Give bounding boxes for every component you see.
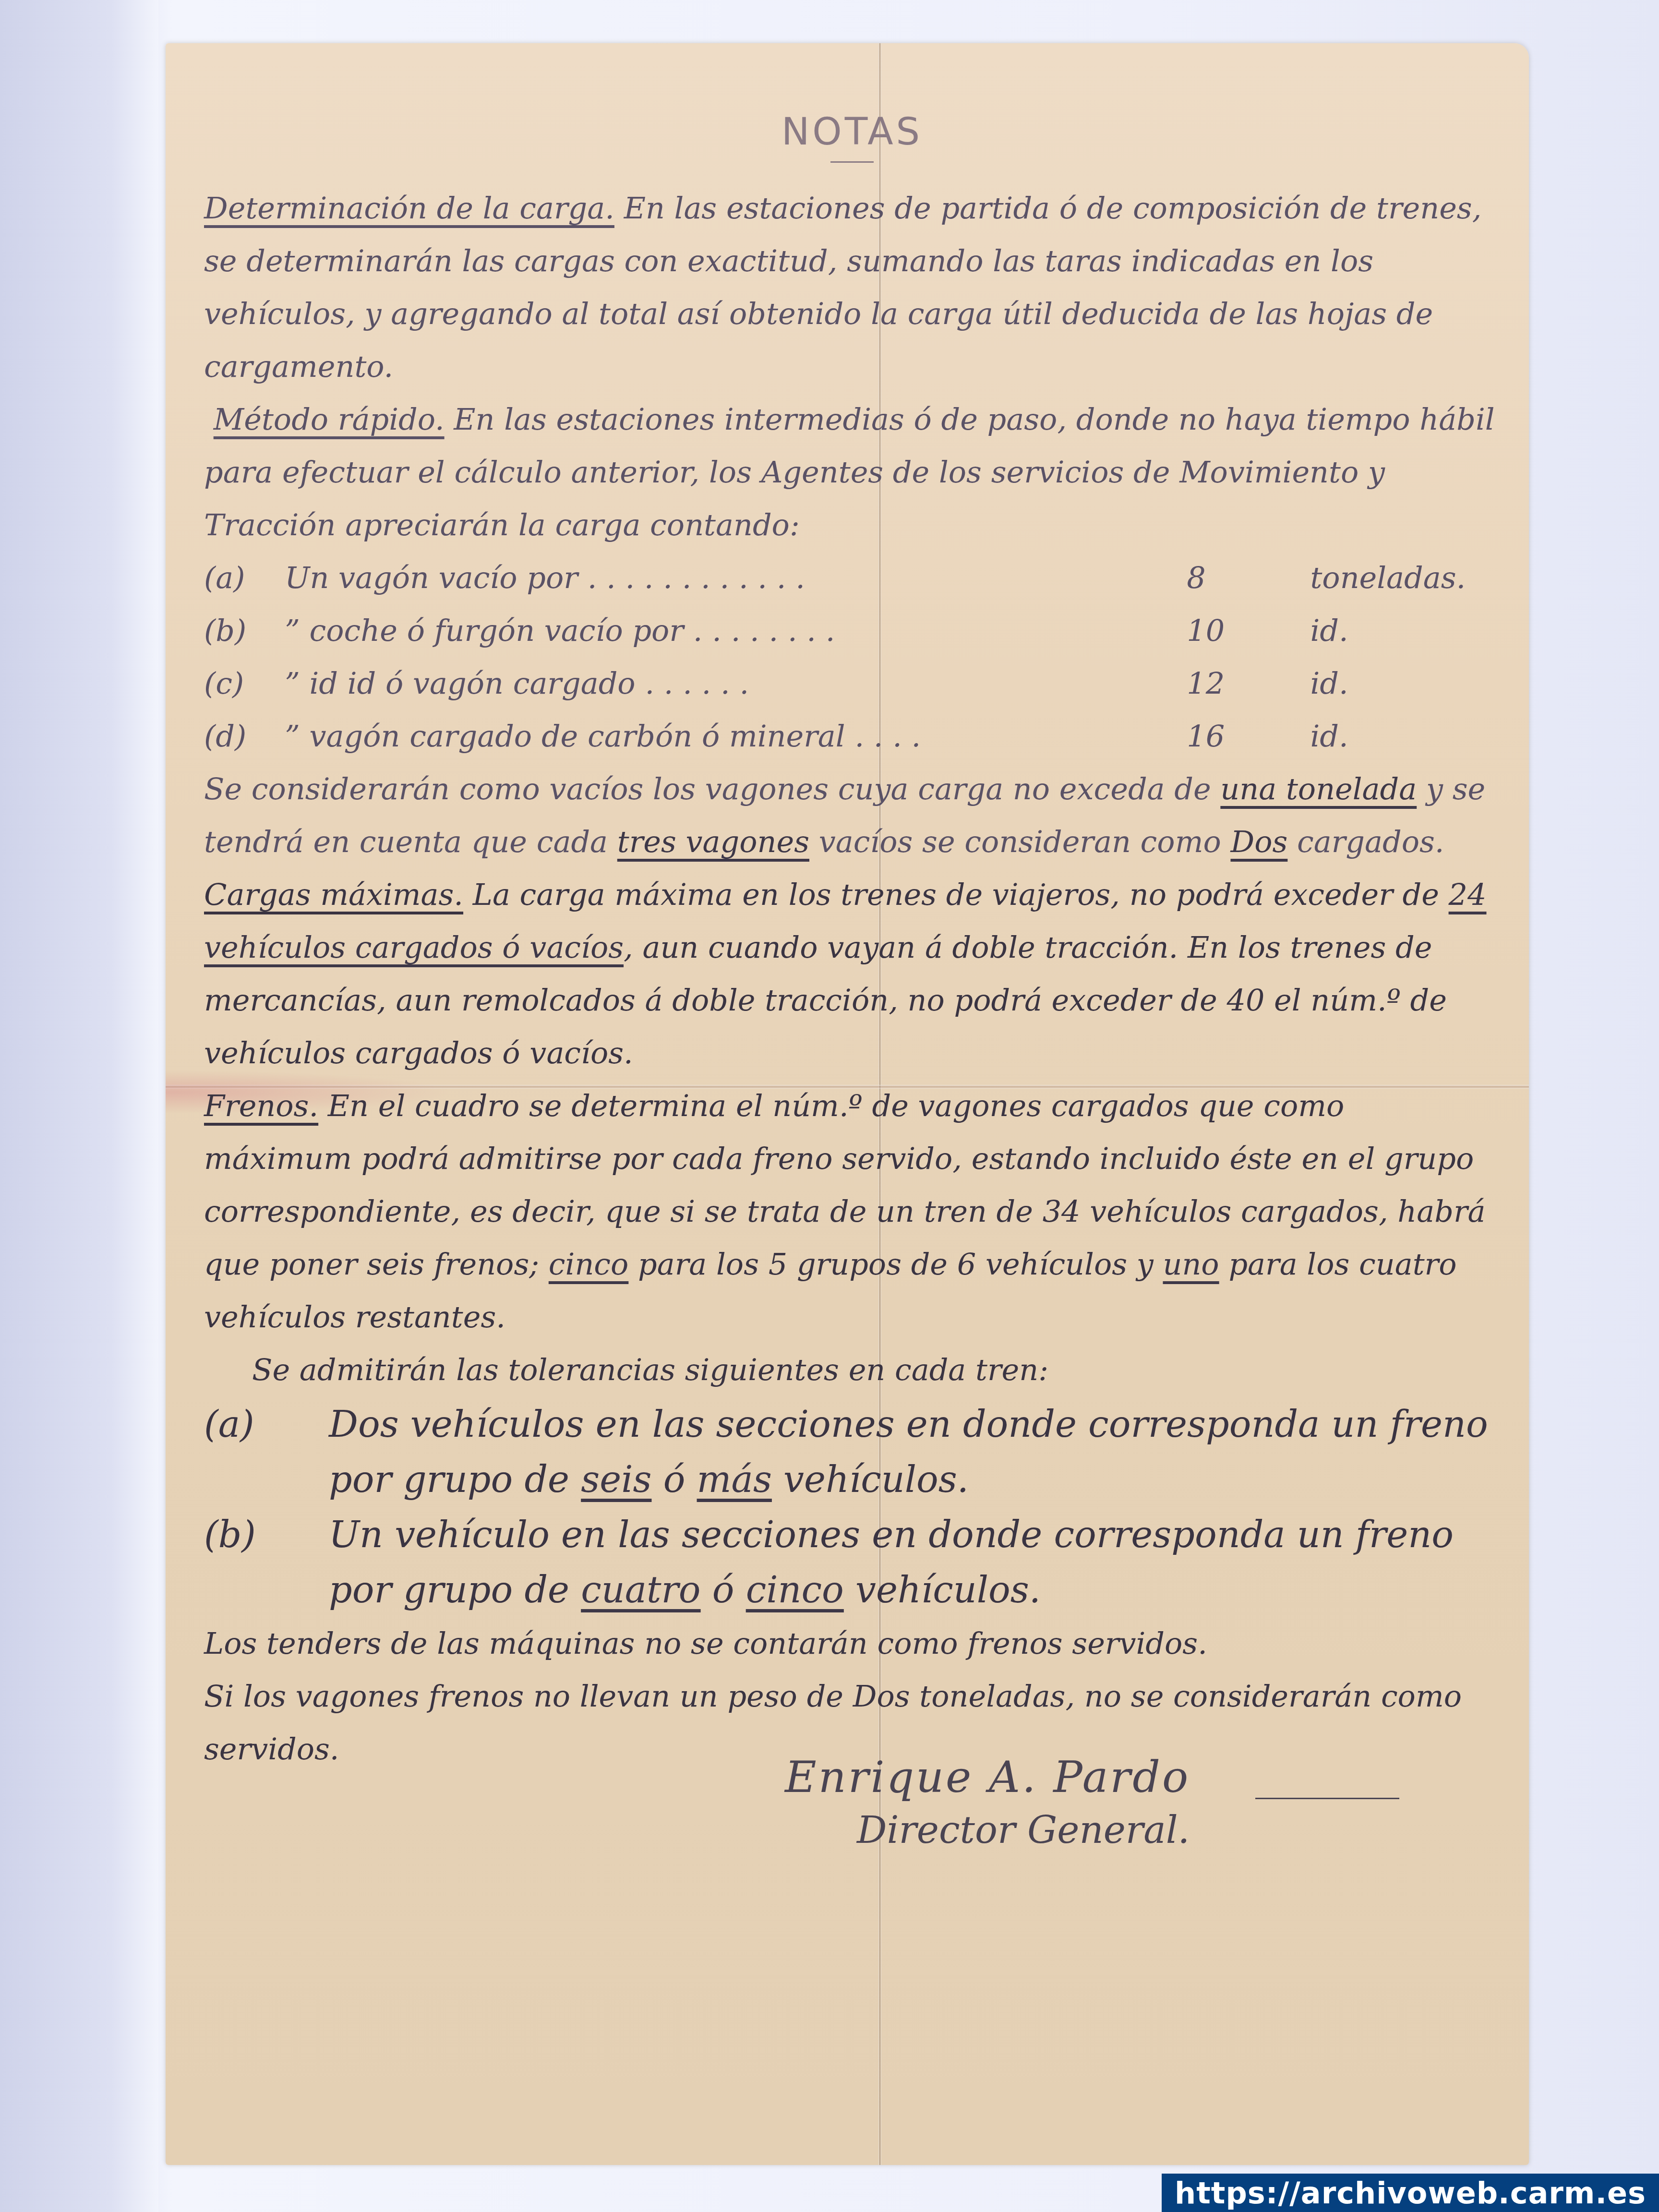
underlined-text: más <box>697 1458 772 1501</box>
section-frenos: Frenos. En el cuadro se determina el núm… <box>204 1080 1500 1344</box>
list-item: (a) Un vagón vacío por . . . . . . . . .… <box>204 552 1500 604</box>
signature-name: Enrique A. Pardo <box>785 1752 1409 1803</box>
list-item: (b) ” coche ó furgón vacío por . . . . .… <box>204 604 1500 657</box>
text: La carga máxima en los trenes de viajero… <box>463 877 1449 912</box>
list-unit: id. <box>1310 604 1500 657</box>
list-desc-text: Un vagón vacío por <box>285 560 578 595</box>
section-heading: Método rápido. <box>214 402 445 437</box>
section-determinacion: Determinación de la carga. En las estaci… <box>204 182 1500 393</box>
underlined-text: cuatro <box>581 1568 700 1611</box>
text: vehículos. <box>844 1568 1041 1611</box>
closing-line: Los tenders de las máquinas no se contar… <box>204 1617 1500 1670</box>
tolerance-label: (a) <box>204 1396 329 1507</box>
page-title: NOTAS <box>204 106 1500 163</box>
section-metodo: Método rápido. En las estaciones interme… <box>204 393 1500 552</box>
document-body: NOTAS Determinación de la carga. En las … <box>204 106 1500 1776</box>
signature-underline <box>1255 1798 1399 1799</box>
text: Se considerarán como vacíos los vagones … <box>204 771 1220 806</box>
list-unit: toneladas. <box>1310 552 1500 604</box>
list-desc: ” coche ó furgón vacío por . . . . . . .… <box>285 604 1187 657</box>
leader-dots: . . . . . . <box>645 666 749 701</box>
underlined-text: seis <box>581 1458 651 1501</box>
document-page: NOTAS Determinación de la carga. En las … <box>166 43 1529 2165</box>
section-heading: Cargas máximas. <box>204 877 463 912</box>
list-label: (b) <box>204 604 285 657</box>
leader-dots: . . . . . . . . . . . . <box>588 560 805 595</box>
list-desc-text: ” vagón cargado de carbón ó mineral <box>285 719 845 754</box>
list-desc: ” id id ó vagón cargado . . . . . . <box>285 657 1187 710</box>
text: ó <box>701 1568 746 1611</box>
list-desc-text: ” coche ó furgón vacío por <box>285 613 684 648</box>
list-unit: id. <box>1310 657 1500 710</box>
list-desc-text: ” id id ó vagón cargado <box>285 666 636 701</box>
list-qty: 8 <box>1187 552 1310 604</box>
text: cargados. <box>1287 824 1444 859</box>
signature-block: Enrique A. Pardo Director General. <box>785 1752 1409 1852</box>
archive-watermark-link[interactable]: https://archivoweb.carm.es <box>1162 2174 1659 2212</box>
tolerance-item: (a) Dos vehículos en las secciones en do… <box>204 1396 1500 1507</box>
list-qty: 12 <box>1187 657 1310 710</box>
list-unit: id. <box>1310 710 1500 763</box>
list-label: (a) <box>204 552 285 604</box>
section-heading: Determinación de la carga. <box>204 191 614 226</box>
underlined-text: una tonelada <box>1220 771 1417 806</box>
leader-dots: . . . . <box>854 719 921 754</box>
tolerancias-intro: Se admitirán las tolerancias siguientes … <box>204 1344 1500 1396</box>
list-desc: Un vagón vacío por . . . . . . . . . . .… <box>285 552 1187 604</box>
underlined-text: Dos <box>1230 824 1287 859</box>
list-label: (c) <box>204 657 285 710</box>
tolerance-text: Un vehículo en las secciones en donde co… <box>329 1507 1500 1617</box>
background-shadow <box>0 0 158 2212</box>
tolerance-text: Dos vehículos en las secciones en donde … <box>329 1396 1500 1507</box>
list-qty: 10 <box>1187 604 1310 657</box>
list-item: (d) ” vagón cargado de carbón ó mineral … <box>204 710 1500 763</box>
text: vacíos se consideran como <box>809 824 1230 859</box>
text: para los 5 grupos de 6 vehículos y <box>628 1247 1163 1282</box>
section-vacios: Se considerarán como vacíos los vagones … <box>204 763 1500 868</box>
section-cargas: Cargas máximas. La carga máxima en los t… <box>204 868 1500 1080</box>
underlined-text: cinco <box>549 1247 629 1282</box>
list-desc: ” vagón cargado de carbón ó mineral . . … <box>285 710 1187 763</box>
underlined-text: uno <box>1163 1247 1219 1282</box>
list-qty: 16 <box>1187 710 1310 763</box>
text: ó <box>651 1458 697 1501</box>
tolerance-label: (b) <box>204 1507 329 1617</box>
leader-dots: . . . . . . . . <box>693 613 835 648</box>
load-list: (a) Un vagón vacío por . . . . . . . . .… <box>204 552 1500 763</box>
underlined-text: tres vagones <box>617 824 809 859</box>
tolerance-list: (a) Dos vehículos en las secciones en do… <box>204 1396 1500 1617</box>
text: vehículos. <box>772 1458 969 1501</box>
section-heading: Frenos. <box>204 1088 318 1123</box>
list-label: (d) <box>204 710 285 763</box>
underlined-text: cinco <box>746 1568 844 1611</box>
tolerance-item: (b) Un vehículo en las secciones en dond… <box>204 1507 1500 1617</box>
signature-role: Director General. <box>857 1809 1409 1852</box>
list-item: (c) ” id id ó vagón cargado . . . . . . … <box>204 657 1500 710</box>
